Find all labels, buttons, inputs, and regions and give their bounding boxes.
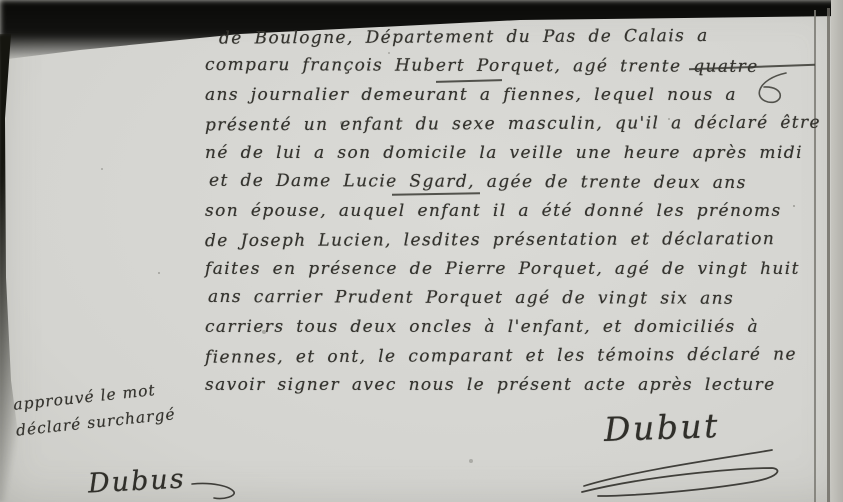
- manuscript-line: né de lui a son domicile la veille une h…: [205, 139, 823, 168]
- manuscript-line: et de Dame Lucie Sgard, agée de trente d…: [205, 167, 823, 199]
- manuscript-line: savoir signer avec nous le présent acte …: [205, 371, 823, 400]
- manuscript-line: carriers tous deux oncles à l'enfant, et…: [205, 313, 823, 342]
- adjacent-page-edge: [831, 0, 843, 502]
- manuscript-line: présenté un enfant du sexe masculin, qu'…: [205, 109, 823, 141]
- paper-specks: [0, 0, 2, 2]
- signature-paraph: [576, 444, 791, 502]
- page-fold-line: [827, 8, 830, 502]
- officiant-signature: Dubut: [603, 406, 720, 449]
- margin-note-signature: Dubus: [87, 463, 186, 499]
- manuscript-line: ans journalier demeurant a fiennes, lequ…: [205, 81, 823, 110]
- officiant-signature-block: Dubut: [604, 408, 720, 447]
- manuscript-line: faites en présence de Pierre Porquet, ag…: [205, 255, 823, 284]
- scanned-register-page: de Boulogne, Département du Pas de Calai…: [0, 0, 843, 502]
- signature-swash: [190, 480, 240, 502]
- manuscript-line: de Boulogne, Département du Pas de Calai…: [205, 21, 823, 53]
- margin-note: approuvé le mot déclaré surchargé: [12, 375, 177, 443]
- manuscript-text-block: de Boulogne, Département du Pas de Calai…: [205, 23, 823, 400]
- manuscript-line: fiennes, et ont, le comparant et les tém…: [205, 340, 823, 372]
- manuscript-line: de Joseph Lucien, lesdites présentation …: [205, 225, 823, 256]
- manuscript-line: ans carrier Prudent Porquet agé de vingt…: [205, 283, 823, 314]
- correction-loop-mark: [744, 70, 796, 108]
- manuscript-line: son épouse, auquel enfant il a été donné…: [205, 197, 823, 226]
